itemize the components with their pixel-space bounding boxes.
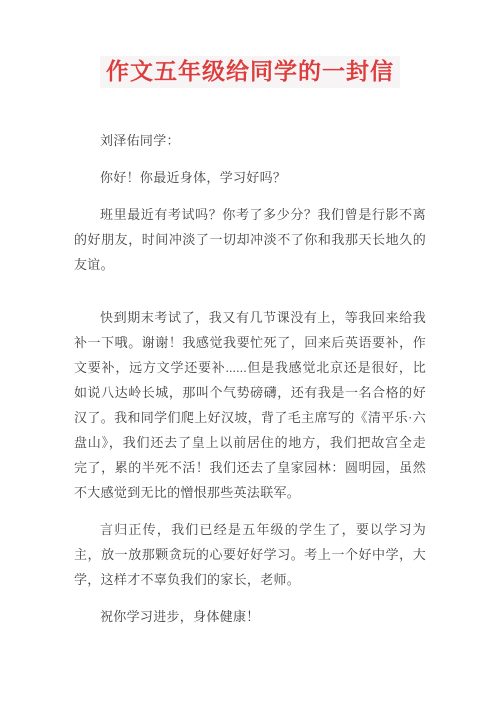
letter-body: 刘泽佑同学： 你好！你最近身体，学习好吗？ 班里最近有考试吗？你考了多少分？我们… (74, 128, 426, 629)
body-paragraph-exams: 班里最近有考试吗？你考了多少分？我们曾是行影不离的好朋友，时间冲淡了一切却冲淡不… (74, 202, 426, 277)
greeting-paragraph: 你好！你最近身体，学习好吗？ (74, 165, 426, 190)
title-row: 作文五年级给同学的一封信 (0, 0, 500, 88)
salutation-line: 刘泽佑同学： (74, 128, 426, 153)
body-paragraph-study-advice: 言归正传，我们已经是五年级的学生了，要以学习为主，放一放那颗贪玩的心要好好学习。… (74, 517, 426, 592)
page-title: 作文五年级给同学的一封信 (100, 56, 400, 88)
body-paragraph-beijing-trip: 快到期末考试了，我又有几节课没有上，等我回来给我补一下哦。谢谢！我感觉我要忙死了… (74, 305, 426, 505)
letter-page: 作文五年级给同学的一封信 刘泽佑同学： 你好！你最近身体，学习好吗？ 班里最近有… (0, 0, 500, 708)
closing-wish: 祝你学习进步，身体健康！ (74, 604, 426, 629)
